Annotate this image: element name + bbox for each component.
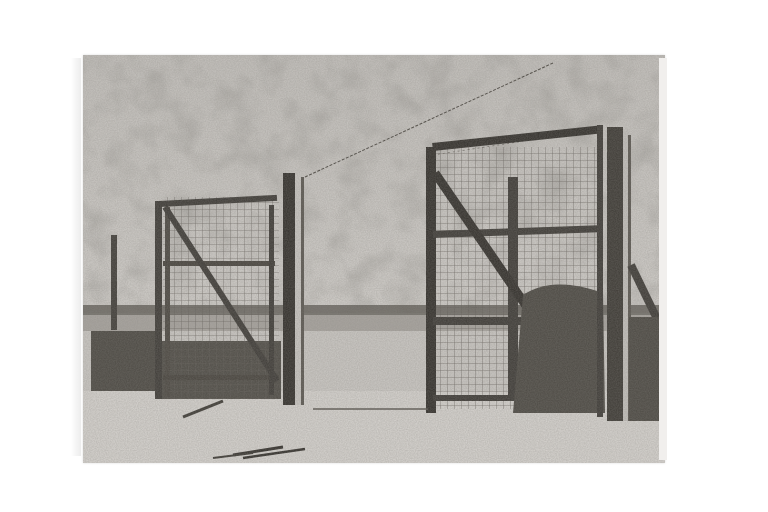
print-shadow <box>71 58 81 456</box>
photograph: Two open wooden gates covered with wire … <box>83 55 665 463</box>
photo-scene <box>83 55 665 463</box>
print-edge <box>659 58 667 460</box>
